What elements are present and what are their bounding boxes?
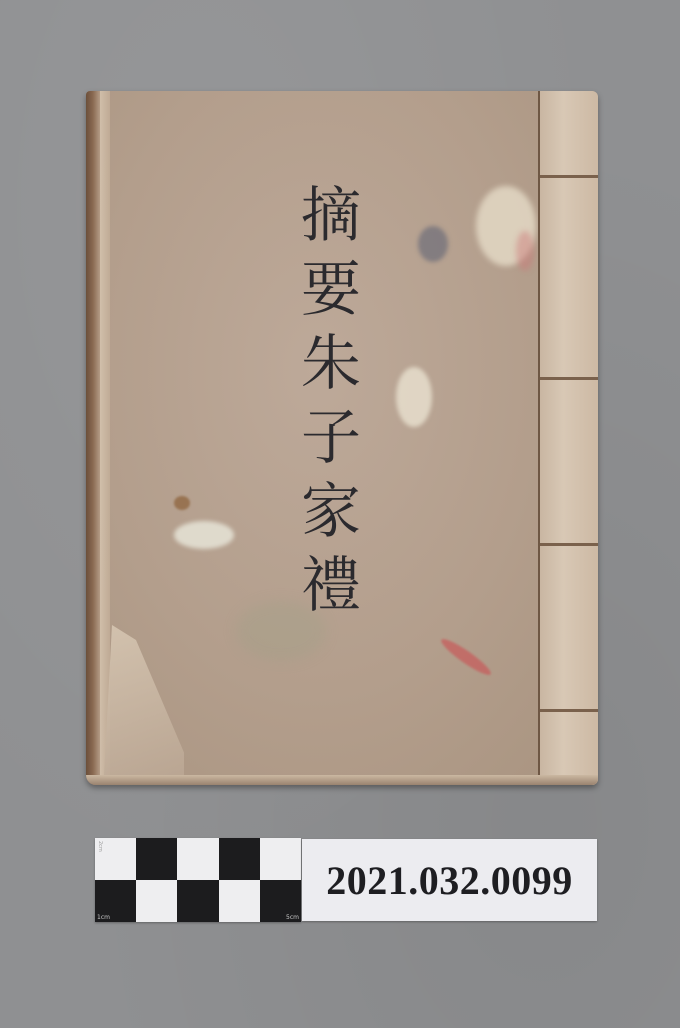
stain-red-streak [438, 635, 494, 679]
stain-white-patch-left [174, 521, 234, 549]
stain-pink-near-binding [516, 231, 534, 271]
title-char: 要 [301, 253, 361, 327]
book: 摘 要 朱 子 家 禮 [86, 91, 598, 785]
scale-cell [219, 880, 260, 922]
binding-line [540, 543, 598, 546]
book-spine-edge [86, 91, 100, 785]
title-char: 摘 [301, 179, 361, 253]
scale-cell [177, 880, 218, 922]
stain-brown-dot [174, 496, 190, 510]
scale-cell: 2cm [95, 838, 136, 880]
scale-cell [260, 838, 301, 880]
stain-gray [418, 226, 448, 262]
title-char: 子 [301, 401, 361, 475]
accession-number: 2021.032.0099 [326, 857, 573, 904]
book-page-edge [100, 91, 110, 785]
binding-line [540, 175, 598, 178]
book-title: 摘 要 朱 子 家 禮 [286, 179, 376, 623]
scale-top-label: 2cm [97, 841, 103, 852]
scale-start-label: 1cm [97, 914, 110, 921]
stain-light-patch [396, 367, 432, 427]
binding-strip [538, 91, 598, 785]
scale-bar: 2cm 1cm 5cm [95, 838, 301, 922]
book-bottom-edge [86, 775, 598, 785]
scale-cell: 5cm [260, 880, 301, 922]
title-char: 家 [301, 475, 361, 549]
scale-cell [136, 838, 177, 880]
accession-number-label: 2021.032.0099 [302, 839, 597, 921]
scale-cell: 1cm [95, 880, 136, 922]
torn-corner [104, 625, 184, 775]
scale-cell [219, 838, 260, 880]
scale-cell [136, 880, 177, 922]
scale-end-label: 5cm [286, 914, 299, 921]
title-char: 禮 [301, 549, 361, 623]
scale-cell [177, 838, 218, 880]
title-char: 朱 [301, 327, 361, 401]
binding-line [540, 377, 598, 380]
binding-line [540, 709, 598, 712]
